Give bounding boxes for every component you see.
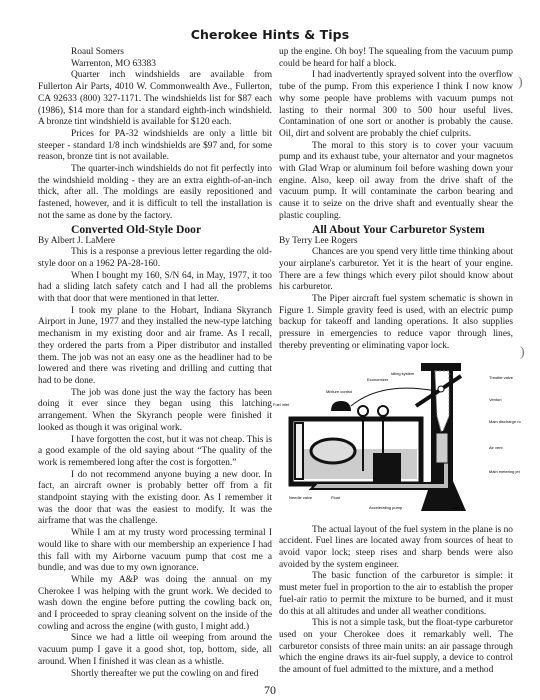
article-title: Converted Old-Style Door — [38, 223, 272, 236]
paragraph: While I am at my trusty word processing … — [38, 528, 272, 575]
carburetor-diagram-icon: Economizer Idling system Mixture control… — [271, 361, 521, 519]
paragraph: Prices for PA-32 windshields are only a … — [38, 129, 272, 164]
label-throttle-valve: Throttle valve — [489, 375, 514, 380]
binder-hole-mark: ) — [518, 75, 523, 91]
label-fuel-inlet: Fuel inlet — [273, 402, 290, 407]
letter-author: Roaul Somers — [38, 47, 272, 59]
carburetor-schematic-figure: Economizer Idling system Mixture control… — [271, 361, 521, 519]
article-byline: By Albert J. LaMere — [38, 236, 272, 248]
label-main-discharge-nozzle: Main discharge nozzle — [489, 419, 521, 424]
letter-location: Warrenton, MO 63383 — [38, 59, 272, 71]
page-number: 70 — [0, 683, 540, 698]
label-main-metering-jet: Main metering jet — [489, 469, 521, 474]
label-needle-valve: Needle valve — [289, 495, 313, 500]
paragraph: The moral to this story is to cover your… — [279, 141, 513, 223]
label-economizer: Economizer — [367, 377, 389, 382]
paragraph: I took my plane to the Hobart, Indiana S… — [38, 306, 272, 388]
page-header: Cherokee Hints & Tips — [0, 27, 540, 42]
right-column: up the engine. Oh boy! The squealing fro… — [279, 47, 513, 677]
paragraph: The actual layout of the fuel system in … — [279, 525, 513, 572]
paragraph: The job was done just the way the factor… — [38, 388, 272, 435]
label-venturi: Venturi — [489, 397, 502, 402]
paragraph: up the engine. Oh boy! The squealing fro… — [279, 47, 513, 70]
label-air-vent: Air vent — [489, 445, 503, 450]
paragraph: Chances are you spend very little time t… — [279, 247, 513, 294]
paragraph: The quarter-inch windshields do not fit … — [38, 164, 272, 223]
binder-hole-mark: ) — [520, 345, 525, 361]
label-float: Float — [331, 495, 341, 500]
paragraph: Quarter inch windshields are available f… — [38, 70, 272, 129]
label-mixture-control: Mixture control — [326, 389, 352, 394]
paragraph: I have forgotten the cost, but it was no… — [38, 435, 272, 470]
paragraph: Since we had a little oil weeping from a… — [38, 633, 272, 668]
label-air: Air — [453, 505, 459, 510]
paragraph: Shortly thereafter we put the cowling on… — [38, 669, 272, 681]
paragraph: When I bought my 160, S/N 64, in May, 19… — [38, 271, 272, 306]
left-column: Roaul Somers Warrenton, MO 63383 Quarter… — [38, 47, 272, 680]
paragraph: This is a response a previous letter reg… — [38, 247, 272, 270]
article-byline: By Terry Lee Rogers — [279, 236, 513, 248]
paragraph: The basic function of the carburetor is … — [279, 571, 513, 618]
label-accelerating-pump: Accelerating pump — [369, 505, 403, 510]
paragraph: I do not recommend anyone buying a new d… — [38, 470, 272, 529]
paragraph: I had inadvertently sprayed solvent into… — [279, 70, 513, 140]
paragraph: The Piper aircraft fuel system schematic… — [279, 294, 513, 353]
paragraph: While my A&P was doing the annual on my … — [38, 575, 272, 634]
article-title: All About Your Carburetor System — [279, 223, 513, 236]
paragraph: This is not a simple task, but the float… — [279, 618, 513, 677]
label-idling-system: Idling system — [391, 371, 415, 376]
